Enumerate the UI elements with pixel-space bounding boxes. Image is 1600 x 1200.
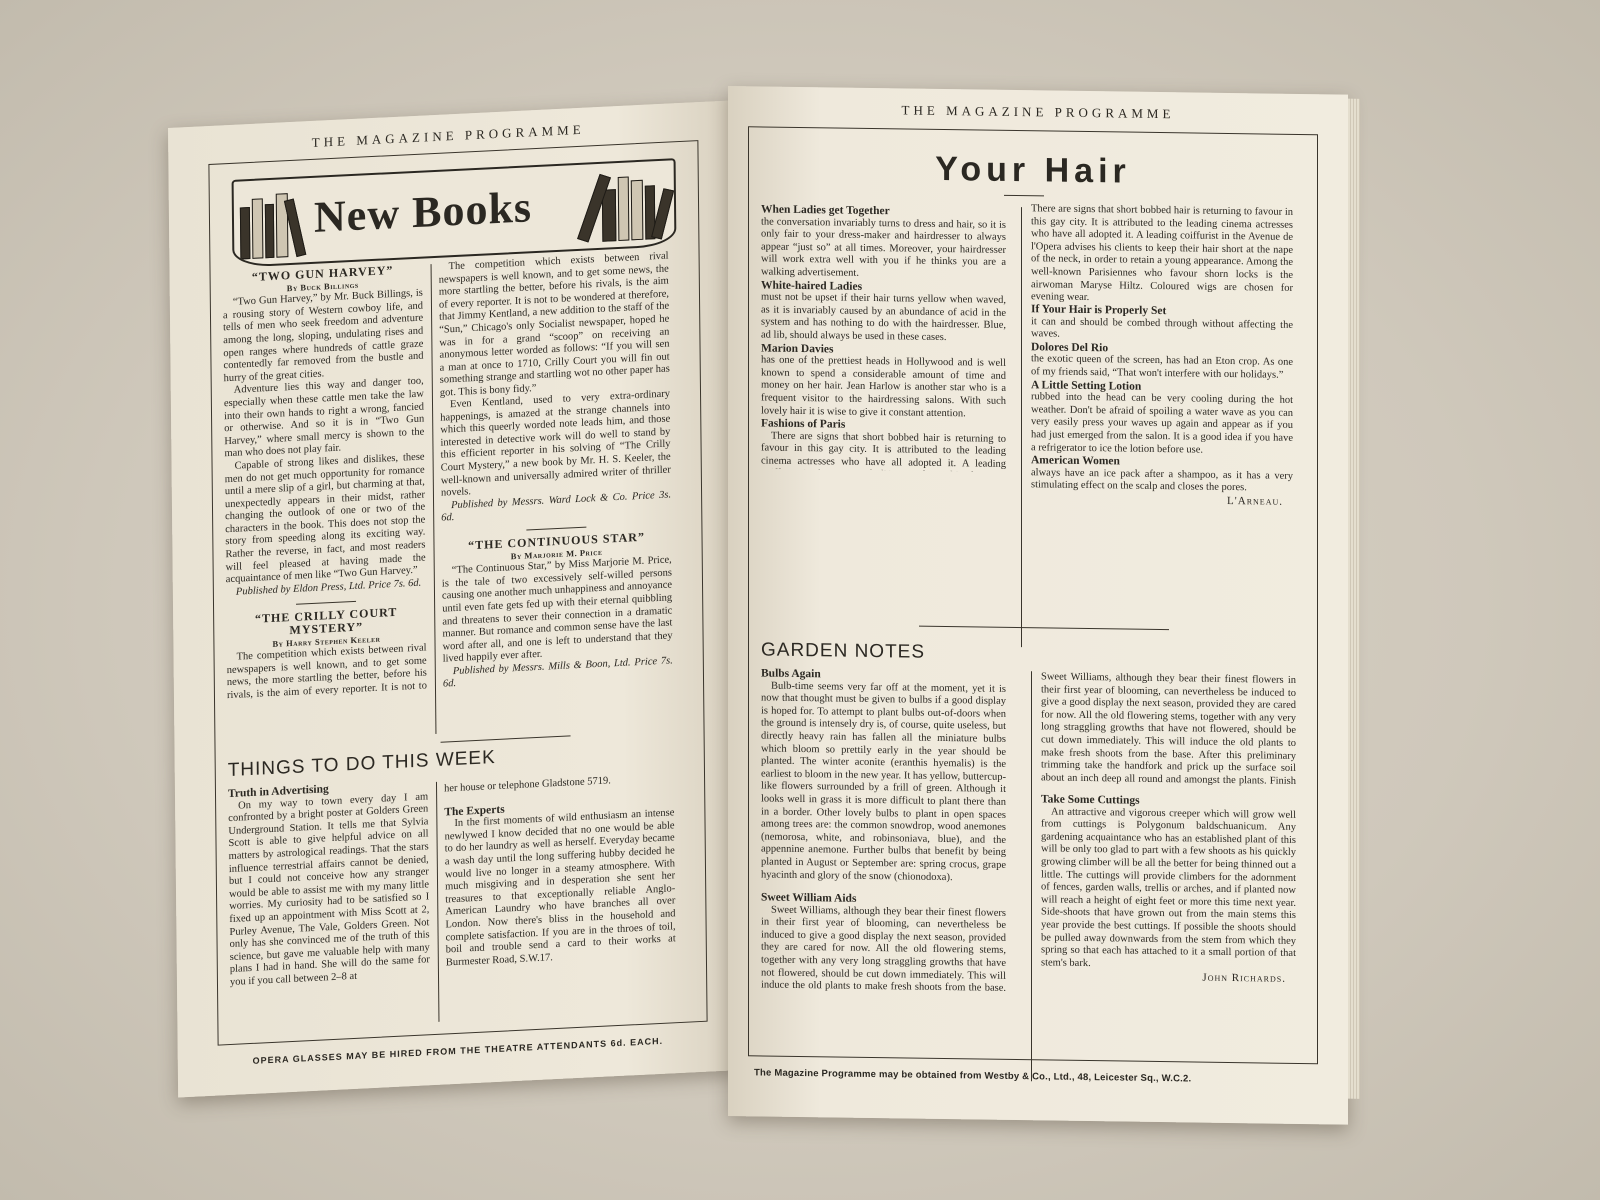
article-paragraph: Capable of strong likes and dislikes, th…	[225, 451, 426, 587]
hair-column-2: There are signs that short bobbed hair i…	[1031, 203, 1293, 508]
column-divider	[431, 264, 437, 734]
open-magazine-spread: THE MAGAZINE PROGRAMME New Books	[0, 0, 1600, 1200]
item-continuation: her house or telephone Gladstone 5719.	[444, 772, 674, 796]
right-page: THE MAGAZINE PROGRAMME Your Hair When La…	[728, 86, 1348, 1125]
section-text: the exotic queen of the screen, has had …	[1031, 354, 1293, 383]
hair-column-1: When Ladies get Together the conversatio…	[761, 203, 1006, 471]
column-divider	[1021, 207, 1022, 647]
things-column-1: Truth in Advertising On my way to town e…	[228, 778, 430, 989]
new-books-banner: New Books	[232, 158, 677, 268]
divider	[296, 601, 356, 605]
article-paragraph: The competition which exists between riv…	[227, 643, 428, 703]
article-paragraph: The competition which exists between riv…	[439, 251, 670, 400]
divider	[526, 527, 586, 531]
bookshelf-icon	[588, 171, 669, 243]
section-text: Sweet Williams, although they bear their…	[1041, 671, 1296, 787]
item-text: On my way to town every day I am confron…	[228, 791, 430, 990]
bookshelf-icon	[240, 193, 301, 260]
section-text: Bulb-time seems very far off at the mome…	[761, 680, 1006, 885]
divider	[441, 735, 571, 743]
section-text: it can and should be combed through with…	[1031, 316, 1293, 345]
section-text: the conversation invariably turns to dre…	[761, 216, 1006, 282]
page-frame: New Books “TWO GUN HARVEY” By Buck Billi…	[208, 140, 707, 1046]
section-text: rubbed into the head can be very cooling…	[1031, 391, 1293, 458]
books-column-2: The competition which exists between riv…	[439, 251, 673, 692]
section-text: An attractive and vigorous creeper which…	[1041, 806, 1296, 973]
section-text: always have an ice pack after a shampoo,…	[1031, 467, 1293, 496]
article-paragraph: “Two Gun Harvey,” by Mr. Buck Billings, …	[223, 288, 424, 386]
article-paragraph: “The Continuous Star,” by Miss Marjorie …	[442, 555, 673, 667]
divider	[919, 626, 1169, 631]
section-text: Sweet Williams, although they bear their…	[761, 904, 1006, 995]
item-text: In the first moments of wild enthusiasm …	[444, 807, 676, 969]
column-divider	[436, 782, 440, 1022]
your-hair-title: Your Hair	[749, 147, 1317, 194]
things-column-2: her house or telephone Gladstone 5719. T…	[444, 772, 676, 969]
article-paragraph: Adventure lies this way and danger too, …	[224, 376, 425, 461]
article-paragraph: Even Kentland, used to very extra-ordina…	[440, 388, 671, 500]
section-text: has one of the prettiest heads in Hollyw…	[761, 355, 1006, 421]
column-divider	[1031, 671, 1032, 1081]
running-head: THE MAGAZINE PROGRAMME	[728, 100, 1348, 125]
books-column-1: “TWO GUN HARVEY” By Buck Billings “Two G…	[223, 263, 427, 703]
banner-title: New Books	[314, 181, 533, 243]
garden-signature: John Richards.	[1041, 970, 1296, 986]
hair-signature: L'Arneau.	[1031, 492, 1293, 508]
section-text: There are signs that short bobbed hair i…	[761, 430, 1006, 471]
section-text: must not be upset if their hair turns ye…	[761, 292, 1006, 346]
things-to-do-heading: THINGS TO DO THIS WEEK	[228, 747, 496, 782]
page-frame: Your Hair When Ladies get Together the c…	[748, 126, 1318, 1064]
divider	[1004, 195, 1044, 197]
garden-column-2: Sweet Williams, although they bear their…	[1041, 671, 1296, 985]
section-text: There are signs that short bobbed hair i…	[1031, 203, 1293, 307]
page-footer: The Magazine Programme may be obtained f…	[754, 1067, 1348, 1086]
garden-notes-heading: GARDEN NOTES	[761, 639, 925, 663]
page-edges	[1348, 99, 1360, 1099]
garden-column-1: Bulbs Again Bulb-time seems very far off…	[761, 667, 1006, 995]
left-page: THE MAGAZINE PROGRAMME New Books	[168, 101, 738, 1098]
